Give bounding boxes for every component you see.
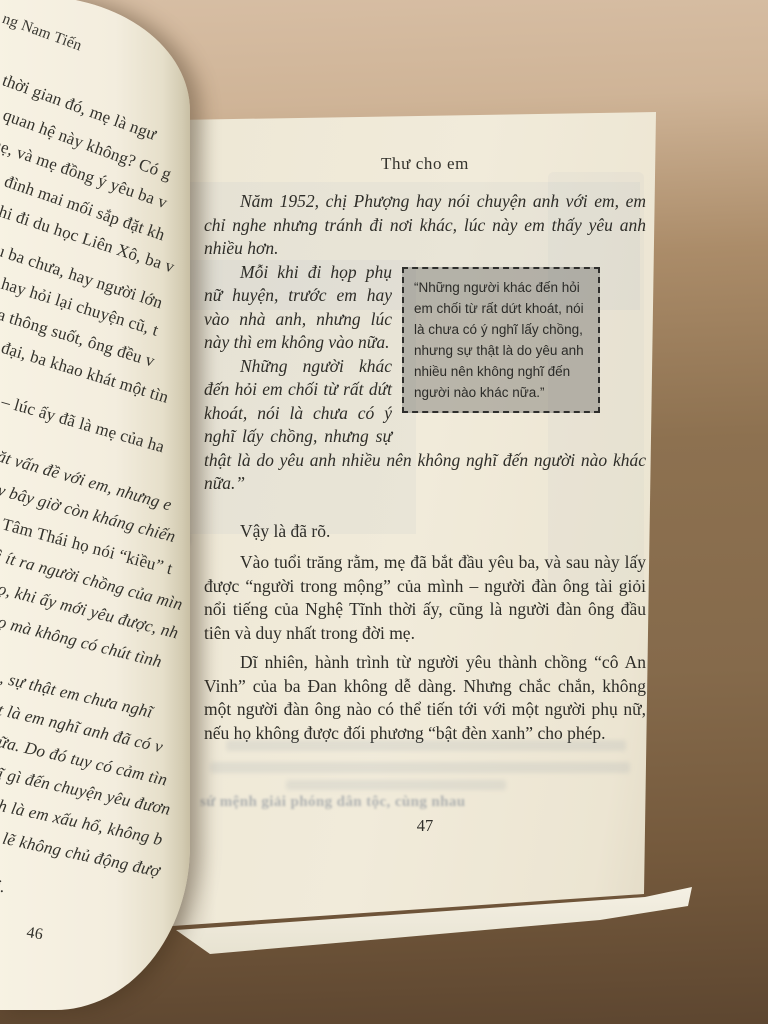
- show-through-text: sứ mệnh giải phóng dân tộc, cùng nhau: [200, 794, 630, 811]
- running-head: Thư cho em: [204, 154, 646, 174]
- left-page: ng Nam Tiến g thời gian đó, mẹ là ngư ối…: [0, 0, 190, 1010]
- right-page-content: Thư cho em Năm 1952, chị Phượng hay nói …: [204, 154, 646, 745]
- show-through-line: [286, 780, 506, 790]
- pull-quote-text: “Những người khác đến hỏi em chối từ rất…: [414, 280, 584, 400]
- show-through-line: [226, 740, 626, 751]
- paragraph: Năm 1952, chị Phượng hay nói chuyện anh …: [204, 190, 646, 261]
- paragraph: Vậy là đã rõ.: [204, 520, 646, 544]
- right-page: Thư cho em Năm 1952, chị Phượng hay nói …: [166, 110, 662, 930]
- book-photo: Thư cho em Năm 1952, chị Phượng hay nói …: [0, 0, 768, 1024]
- paragraph: Dĩ nhiên, hành trình từ người yêu thành …: [204, 651, 646, 745]
- page-number: 46: [25, 924, 44, 944]
- running-head: ng Nam Tiến: [0, 10, 84, 55]
- text-fragment: i.: [0, 876, 7, 897]
- page-number: 47: [204, 816, 646, 836]
- show-through-line: [210, 762, 630, 773]
- pull-quote-box: “Những người khác đến hỏi em chối từ rất…: [402, 267, 600, 413]
- paragraph: Vào tuổi trăng rằm, mẹ đã bắt đầu yêu ba…: [204, 551, 646, 645]
